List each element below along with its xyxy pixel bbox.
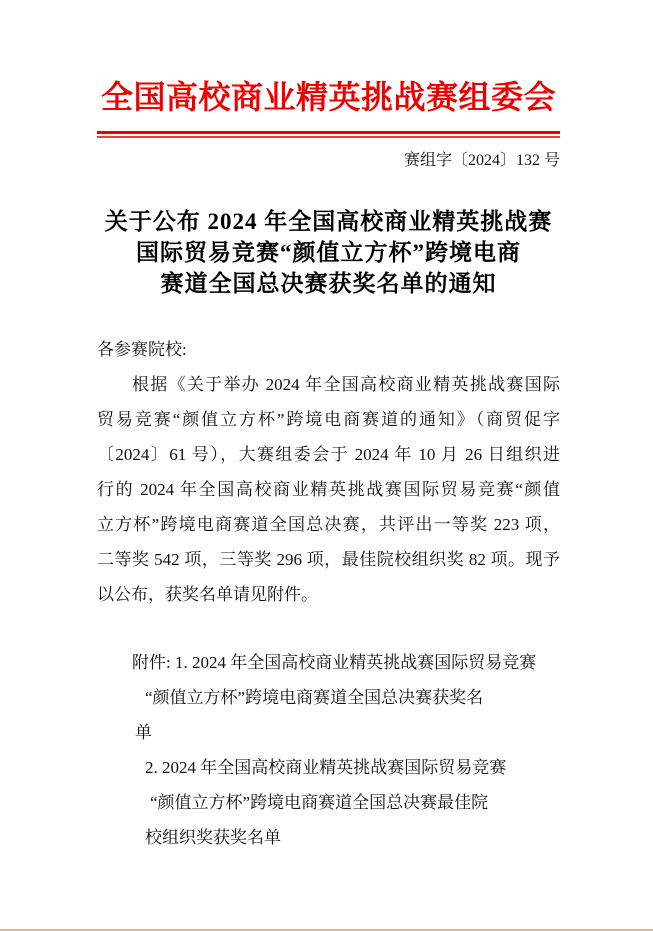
attachment-line: 单 [97,715,560,750]
document-body: 各参赛院校: 根据《关于举办 2024 年全国高校商业精英挑战赛国际 贸易竞赛“… [97,332,560,612]
document-title-line: 赛道全国总决赛获奖名单的通知 [97,268,560,299]
red-divider-rule [97,131,560,138]
document-page: 全国高校商业精英挑战赛组委会 赛组字〔2024〕132 号 关于公布 2024 … [0,0,653,931]
document-title-line: 关于公布 2024 年全国高校商业精英挑战赛 [97,206,560,237]
document-title-line: 国际贸易竞赛“颜值立方杯”跨境电商 [97,237,560,268]
red-divider-thin-line [97,136,560,138]
body-line: 行的 2024 年全国高校商业精英挑战赛国际贸易竞赛“颜值 [97,472,560,507]
body-line: 以公布，获奖名单请见附件。 [97,577,560,612]
attachment-line: “颜值立方杯”跨境电商赛道全国总决赛获奖名 [97,680,560,715]
attachment-line: “颜值立方杯”跨境电商赛道全国总决赛最佳院 [97,785,560,820]
body-line: 立方杯”跨境电商赛道全国总决赛，共评出一等奖 223 项， [97,507,560,542]
attachment-line: 附件: 1. 2024 年全国高校商业精英挑战赛国际贸易竞赛 [97,645,560,680]
salutation-line: 各参赛院校: [97,332,560,367]
body-line: 贸易竞赛“颜值立方杯”跨境电商赛道的通知》（商贸促字 [97,402,560,437]
attachment-line: 校组织奖获奖名单 [97,820,560,855]
attachments-section: 附件: 1. 2024 年全国高校商业精英挑战赛国际贸易竞赛 “颜值立方杯”跨境… [97,645,560,855]
attachment-line: 2. 2024 年全国高校商业精英挑战赛国际贸易竞赛 [97,750,560,785]
body-line: 根据《关于举办 2024 年全国高校商业精英挑战赛国际 [97,367,560,402]
document-title: 关于公布 2024 年全国高校商业精英挑战赛 国际贸易竞赛“颜值立方杯”跨境电商… [97,206,560,299]
body-line: 〔2024〕61 号），大赛组委会于 2024 年 10 月 26 日组织进 [97,437,560,472]
document-reference-number: 赛组字〔2024〕132 号 [97,147,560,170]
org-header-title: 全国高校商业精英挑战赛组委会 [97,72,560,118]
body-line: 二等奖 542 项，三等奖 296 项，最佳院校组织奖 82 项。现予 [97,542,560,577]
